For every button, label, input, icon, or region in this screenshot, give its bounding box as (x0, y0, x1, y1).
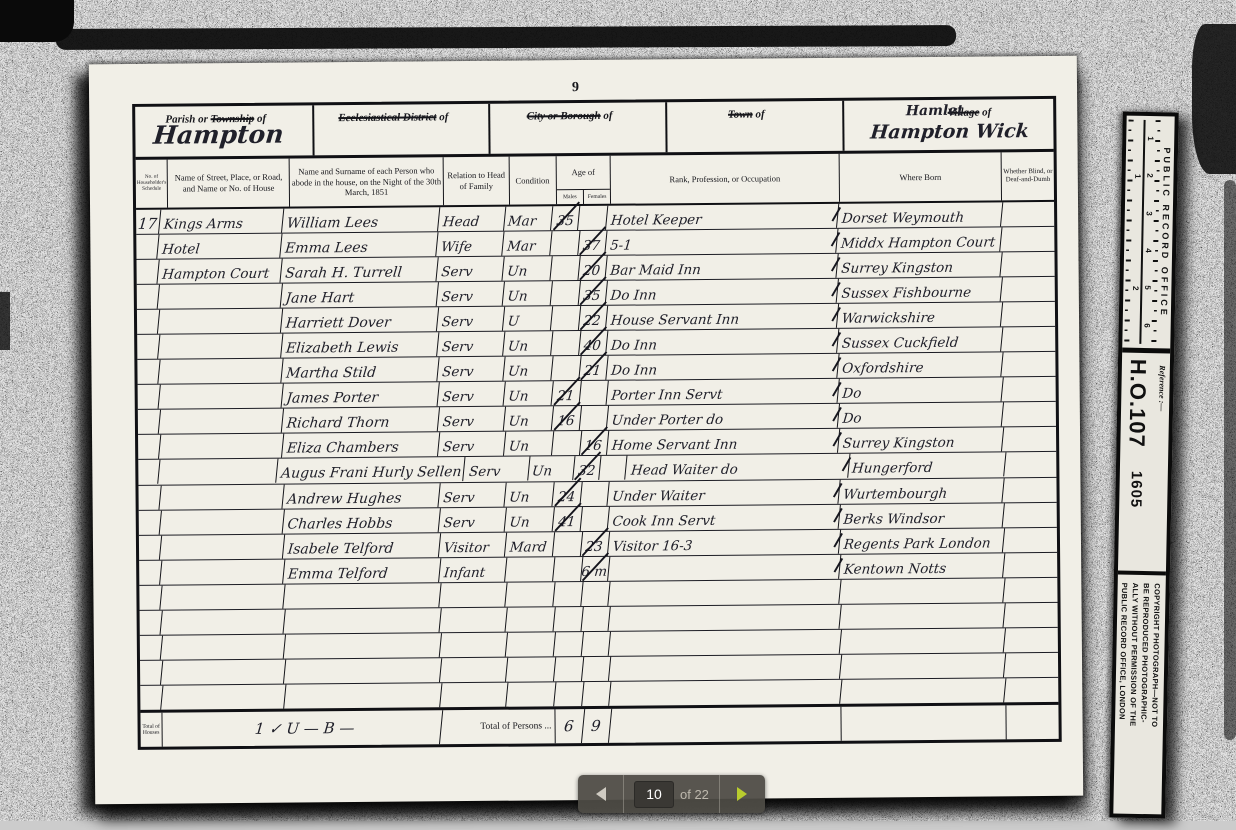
cell-relation: Serv (437, 357, 505, 382)
cell-relation: Serv (439, 507, 507, 532)
cell-schedule-no (139, 610, 163, 634)
cell-where-born (840, 653, 1007, 679)
cell-relation: Serv (464, 457, 530, 482)
cell-schedule-no (135, 235, 159, 259)
cell-relation: Serv (438, 382, 506, 407)
ruler-number: 2 (1131, 285, 1140, 290)
cell-relation (439, 582, 507, 607)
cell-age-female (581, 607, 611, 631)
cell-infirmity (1002, 202, 1054, 227)
cell-age-female (600, 456, 629, 480)
cell-condition: Un (504, 432, 554, 456)
cell-occupation: House Servant Inn (606, 304, 840, 330)
cell-schedule-no (136, 335, 160, 359)
cell-schedule-no (138, 535, 162, 559)
form-header-printed-label: HamletVillage of (844, 103, 1053, 121)
cell-age-male: 41 (553, 507, 583, 531)
cell-street (160, 534, 285, 559)
col-header-name: Name and Surname of each Person who abod… (290, 157, 445, 206)
cell-schedule-no (137, 410, 161, 434)
cell-infirmity (1003, 352, 1056, 377)
cell-occupation: Do Inn (606, 354, 840, 380)
cell-condition: Mard (505, 532, 555, 556)
ruler-number: 6 (1142, 323, 1151, 328)
cell-street (161, 685, 286, 710)
col-header-condition: Condition (509, 156, 557, 204)
cell-age-male (551, 331, 581, 355)
cell-schedule-no (138, 585, 162, 609)
cell-age-male: 32 (573, 456, 602, 480)
cell-age-male (554, 682, 584, 706)
cell-schedule-no (136, 285, 160, 309)
cell-where-born: Middx Hampton Court (836, 227, 1003, 253)
cell-schedule-no (136, 360, 160, 384)
cell-where-born: Sussex Cuckfield (837, 328, 1004, 354)
cell-street (161, 609, 286, 634)
cell-occupation: Visitor 16-3 (608, 529, 842, 555)
cell-street: Hampton Court (157, 259, 282, 284)
cell-street (160, 584, 285, 609)
col-header-schedule: No. of Householder's Schedule (136, 160, 169, 208)
cell-infirmity (1005, 603, 1058, 628)
cell-schedule-no (137, 460, 161, 484)
cell-relation: Head (438, 207, 506, 232)
cell-where-born: Dorset Weymouth (837, 202, 1003, 227)
cell-infirmity (1005, 578, 1058, 603)
cell-age-male (554, 657, 584, 681)
cell-where-born (840, 678, 1007, 704)
form-header-cell: Ecclesiastical District of (314, 104, 491, 156)
cell-age-female: 21 (579, 356, 609, 380)
cell-schedule-no (139, 661, 163, 685)
handwritten-place-name: Hampton Wick (869, 120, 1054, 144)
cell-age-male (552, 431, 582, 455)
cell-schedule-no (139, 686, 163, 710)
col-header-infirmity: Whether Blind, or Deaf-and-Dumb (1002, 152, 1054, 200)
cell-age-female: 23 (580, 531, 610, 555)
cell-age-female (581, 581, 611, 605)
prev-page-icon (596, 787, 606, 801)
form-header-printed-label: Town of (667, 105, 842, 123)
cell-occupation: Cook Inn Servt (608, 504, 842, 530)
cell-where-born: Oxfordshire (838, 353, 1005, 379)
ruler-number: 1 (1133, 174, 1142, 179)
cell-relation: Serv (437, 282, 505, 307)
cell-schedule-no (138, 560, 162, 584)
cell-street (159, 384, 284, 409)
total-persons-males: 6 (554, 709, 585, 743)
cell-age-female: 16 (579, 431, 609, 455)
cell-where-born: Surrey Kingston (838, 428, 1005, 454)
cell-infirmity (1006, 678, 1059, 703)
cell-condition: Un (503, 281, 553, 305)
dark-smudge (0, 0, 74, 42)
form-header-band: Parish or Township of Hampton Ecclesiast… (135, 99, 1053, 160)
dark-smudge (1192, 24, 1236, 174)
cell-relation (440, 607, 508, 632)
col-header-relation: Relation to Head of Family (444, 157, 510, 206)
cell-condition: Un (527, 457, 575, 481)
cell-relation (440, 683, 508, 708)
cell-infirmity (1004, 427, 1057, 452)
cell-relation: Visitor (439, 532, 507, 557)
cell-occupation (609, 680, 843, 706)
pagination-toolbar: of 22 (578, 775, 765, 813)
col-header-born: Where Born (839, 152, 1002, 201)
cell-condition: Un (503, 332, 553, 356)
next-page-icon (737, 787, 747, 801)
cell-street (159, 484, 284, 509)
viewer-bottom-strip (0, 821, 1236, 830)
cell-infirmity (1005, 553, 1058, 578)
ruler-number: 2 (1145, 174, 1154, 179)
cell-occupation: Do Inn (606, 279, 840, 305)
cell-where-born: Wurtembourgh (839, 478, 1006, 504)
dark-smudge (56, 25, 956, 50)
cell-age-male (553, 557, 583, 581)
cell-occupation: Do Inn (606, 329, 840, 355)
cell-name: Charles Hobbs (283, 508, 441, 533)
handwritten-place-name: Hampton (152, 119, 314, 149)
col-header-age-of: Age of (556, 156, 610, 190)
cell-age-male (553, 607, 583, 631)
cell-infirmity (1005, 628, 1058, 653)
cell-age-female (581, 632, 611, 656)
handwritten-correction: Hamlet (906, 103, 964, 120)
cell-occupation: Bar Maid Inn (605, 254, 839, 280)
cell-occupation: Porter Inn Servt (606, 379, 840, 405)
cell-relation: Serv (437, 307, 505, 332)
ruler-scale: 12 123456 PUBLIC RECORD OFFICE (1122, 116, 1174, 349)
cell-age-male (550, 256, 580, 280)
cell-name: Emma Lees (280, 232, 438, 257)
cell-relation: Serv (438, 407, 506, 432)
census-rows: 17 Kings Arms William Lees Head Mar 35 H… (136, 202, 1058, 710)
cell-age-male (553, 532, 583, 556)
cell-age-male: 21 (551, 381, 581, 405)
cell-condition: Un (504, 407, 554, 431)
cell-occupation: Home Servant Inn (607, 429, 841, 455)
cell-infirmity (1003, 327, 1056, 352)
cell-where-born: Do (838, 403, 1005, 429)
dark-smudge (1224, 180, 1236, 740)
cell-name: Martha Stild (281, 358, 439, 383)
form-header-cell: City or Borough of (490, 102, 667, 154)
cell-where-born: Berks Windsor (839, 503, 1006, 529)
cell-condition (506, 657, 556, 681)
cell-age-female (580, 506, 610, 530)
cell-where-born: Surrey Kingston (837, 252, 1004, 278)
cell-occupation (608, 554, 842, 580)
cell-name: Jane Hart (281, 282, 439, 307)
cell-name (284, 608, 442, 633)
cell-infirmity (1006, 653, 1059, 678)
cell-street (158, 284, 283, 309)
cell-age-male (551, 281, 581, 305)
cell-age-female (580, 481, 610, 505)
cell-name (284, 683, 442, 708)
ruler-number: 4 (1143, 248, 1152, 253)
cell-age-male (551, 356, 581, 380)
cell-street (158, 359, 283, 384)
cell-name: Emma Telford (283, 558, 441, 583)
form-header-cell: Parish or Township of Hampton (135, 105, 314, 157)
cell-condition (506, 632, 556, 656)
cell-relation: Infant (439, 557, 507, 582)
cell-condition (506, 607, 556, 631)
cell-name: Richard Thorn (282, 408, 440, 433)
prev-page-button[interactable] (578, 775, 623, 813)
total-persons-label-cell: Total of Persons ... (442, 709, 556, 744)
cell-street (160, 559, 285, 584)
cell-name: Augus Frani Hurly Sellen (276, 458, 466, 484)
cell-where-born (840, 603, 1007, 629)
cell-name (283, 583, 441, 608)
col-header-age: Age of Males Females (556, 156, 611, 204)
cell-infirmity (1006, 452, 1056, 476)
cell-street (158, 334, 283, 359)
cell-age-male: 35 (551, 206, 581, 230)
cell-where-born (840, 578, 1007, 604)
cell-street (159, 434, 284, 459)
ruler-number: 5 (1143, 286, 1152, 291)
column-headers-row: No. of Householder's Schedule Name of St… (136, 152, 1054, 210)
cell-street: Kings Arms (159, 209, 284, 234)
reference-number: H.O.107 1605 (1122, 359, 1151, 509)
cell-where-born: Warwickshire (837, 303, 1004, 329)
cell-occupation: Under Waiter (607, 479, 841, 505)
cell-age-male (554, 632, 584, 656)
page-count-label: of 22 (680, 787, 709, 802)
cell-where-born: Hungerford (847, 453, 1007, 478)
cell-name (284, 658, 442, 683)
cell-condition: Un (504, 382, 554, 406)
cell-occupation: Under Porter do (607, 404, 841, 430)
cell-age-male (550, 231, 580, 255)
cell-occupation: Head Waiter do (626, 454, 850, 480)
cell-name: Isabele Telford (283, 533, 441, 558)
form-header-printed-label: Ecclesiastical District of (314, 108, 488, 126)
dark-smudge (0, 292, 10, 350)
form-header-cell: HamletVillage of Hampton Wick (844, 99, 1054, 151)
cell-schedule-no (139, 635, 163, 659)
cell-infirmity (1003, 377, 1056, 402)
totals-empty-cell (842, 705, 1007, 740)
col-header-street: Name of Street, Place, or Road, and Name… (168, 159, 290, 208)
cell-where-born: Regents Park London (839, 528, 1006, 554)
cell-infirmity (1003, 402, 1056, 427)
census-table: Parish or Township of Hampton Ecclesiast… (132, 96, 1062, 750)
form-header-cell: Town of (667, 101, 845, 153)
cell-relation (440, 632, 508, 657)
cell-condition (505, 557, 555, 581)
cell-infirmity (1004, 502, 1057, 527)
page-number-input[interactable] (634, 781, 674, 808)
cell-age-male: 16 (552, 406, 582, 430)
cell-street (158, 459, 278, 484)
cell-name: Harriett Dover (281, 307, 439, 332)
totals-empty-cell (1006, 705, 1059, 739)
cell-relation: Serv (438, 432, 506, 457)
cell-condition: Un (505, 482, 555, 506)
cell-occupation (609, 655, 843, 681)
reference-section: Reference :— H.O.107 1605 (1118, 348, 1170, 572)
totals-empty-cell (610, 707, 842, 743)
cell-schedule-no: 17 (135, 210, 161, 234)
cell-where-born (840, 628, 1007, 654)
cell-where-born: Do (838, 378, 1005, 404)
cell-name (284, 633, 442, 658)
cell-infirmity (1004, 477, 1057, 502)
cell-schedule-no (136, 310, 160, 334)
cell-occupation (609, 630, 843, 656)
cell-street (161, 659, 286, 684)
total-houses-value: 1 ✓ U — B — (161, 710, 443, 746)
col-header-females: Females (584, 190, 610, 204)
cell-occupation: 5-1 (605, 229, 839, 255)
cell-occupation: Hotel Keeper (606, 204, 839, 230)
cell-schedule-no (137, 385, 161, 409)
copyright-notice: COPYRIGHT PHOTOGRAPH—NOT TOBE REPRODUCED… (1113, 571, 1166, 815)
cell-infirmity (1002, 252, 1055, 277)
cell-relation: Wife (436, 232, 504, 257)
cell-age-female (581, 657, 611, 681)
cell-street: Hotel (157, 234, 282, 259)
form-header-printed-label: City or Borough of (490, 106, 664, 124)
cell-infirmity (1002, 277, 1055, 302)
cell-name: Sarah H. Turrell (280, 257, 438, 282)
cell-name: Andrew Hughes (282, 483, 440, 508)
cell-street (161, 634, 286, 659)
cell-schedule-no (135, 260, 159, 284)
cell-age-female (579, 381, 609, 405)
total-houses-label-cell: Total of Houses (140, 713, 162, 747)
cell-where-born: Kentown Notts (839, 553, 1006, 579)
cell-where-born: Sussex Fishbourne (837, 277, 1004, 303)
cell-age-female (582, 682, 612, 706)
cell-name: James Porter (282, 383, 440, 408)
cell-condition: Un (503, 357, 553, 381)
ruler-number: 1 (1146, 136, 1155, 141)
cell-age-male (553, 582, 583, 606)
cell-condition: Un (505, 507, 555, 531)
cell-schedule-no (137, 435, 161, 459)
cell-condition (506, 682, 556, 706)
cell-age-female: 6 m (580, 556, 610, 580)
microfilm-viewer: 9 Parish or Township of Hampton Ecclesia… (0, 0, 1236, 830)
cell-condition: Mar (503, 206, 553, 230)
cell-condition: Mar (502, 231, 552, 255)
cell-infirmity (1003, 302, 1056, 327)
total-persons-females: 9 (581, 709, 612, 743)
cell-occupation (608, 605, 842, 631)
cell-schedule-no (138, 510, 162, 534)
cell-name: William Lees (282, 207, 440, 232)
cell-relation: Serv (438, 482, 506, 507)
col-header-occupation: Rank, Profession, or Occupation (611, 154, 840, 204)
cell-street (160, 509, 285, 534)
cell-schedule-no (137, 485, 161, 509)
folio-page-number: 9 (572, 80, 579, 96)
cell-name: Eliza Chambers (282, 433, 440, 458)
cell-infirmity (1004, 528, 1057, 553)
public-record-office-label: PUBLIC RECORD OFFICE (1158, 120, 1172, 344)
cell-street (158, 309, 283, 334)
census-sheet-image: 9 Parish or Township of Hampton Ecclesia… (89, 56, 1083, 805)
cell-relation (440, 658, 508, 683)
reference-label: Reference :— (1157, 365, 1167, 411)
cell-age-male: 24 (552, 482, 582, 506)
cell-name: Elizabeth Lewis (281, 333, 439, 358)
cell-infirmity (1002, 227, 1055, 252)
page-indicator: of 22 (623, 775, 720, 813)
cell-condition: U (503, 306, 553, 330)
cell-relation: Serv (437, 257, 505, 282)
cell-condition (505, 582, 555, 606)
next-page-button[interactable] (720, 775, 765, 813)
cell-relation: Serv (437, 332, 505, 357)
cell-street (159, 409, 284, 434)
cell-occupation (608, 579, 842, 605)
cell-age-male (551, 306, 581, 330)
ruler-number: 3 (1144, 211, 1153, 216)
cell-condition: Un (503, 256, 553, 280)
